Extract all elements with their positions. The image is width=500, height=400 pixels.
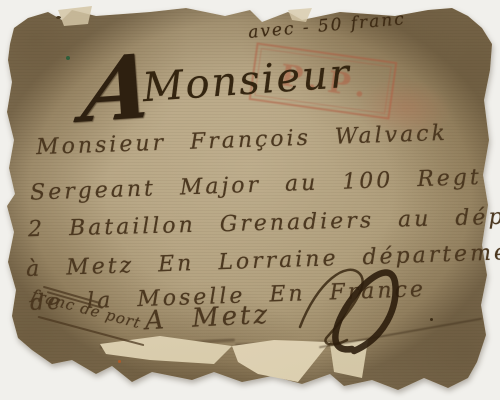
rust-speck [118, 360, 121, 363]
salutation-word: Monsieur [141, 51, 352, 111]
ink-speck [430, 318, 433, 321]
paraph-flourish [292, 252, 417, 367]
ink-speck [56, 16, 61, 19]
salutation-initial: A [79, 48, 158, 128]
letter-photo: P.P. avec - 50 franc A Monsieur Monsieur… [0, 0, 500, 400]
green-speck [66, 56, 70, 60]
